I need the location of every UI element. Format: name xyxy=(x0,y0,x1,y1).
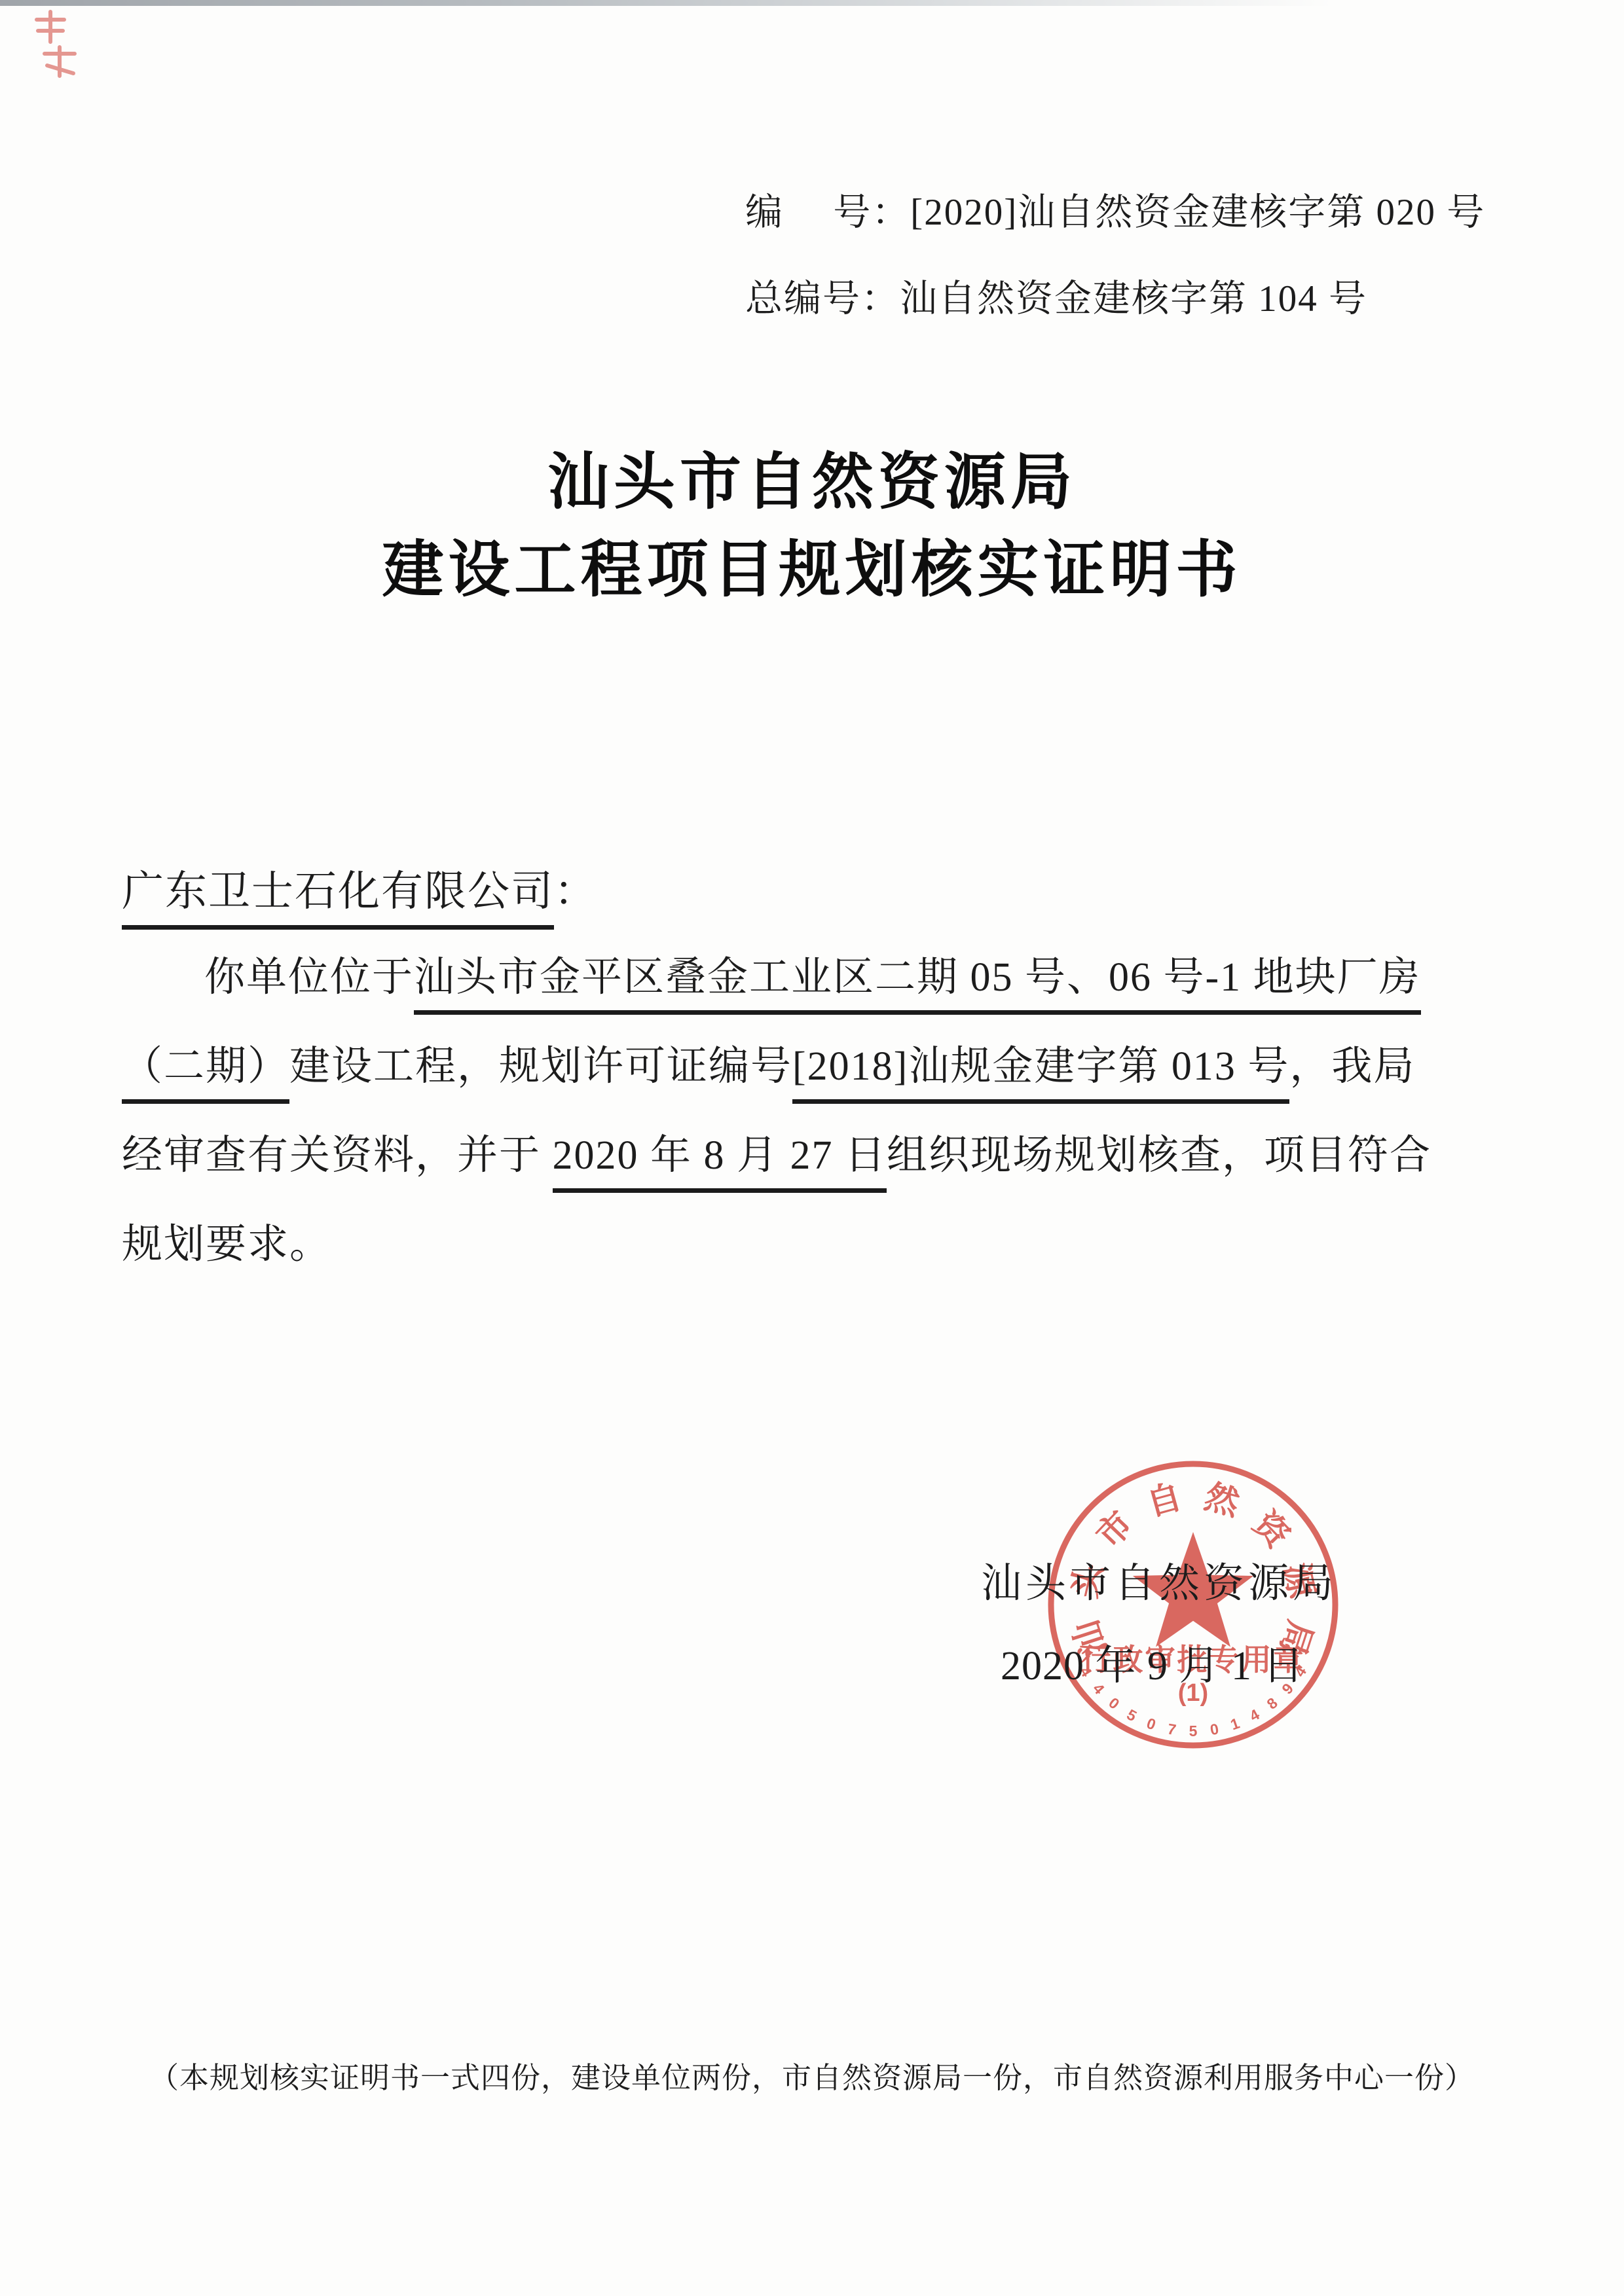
body-text: ，我局 xyxy=(1289,1044,1415,1089)
inspection-date-underlined: 2020 年 8 月 27 日 xyxy=(553,1133,887,1193)
body-line-4: 规划要求。 xyxy=(122,1224,331,1265)
salutation-line: 广东卫士石化有限公司： xyxy=(122,871,597,913)
permit-number-underlined: [2018]汕规金建字第 013 号 xyxy=(792,1044,1289,1104)
seal-ring-text-char: 资 xyxy=(1246,1504,1297,1556)
seal-code-digit: 5 xyxy=(1124,1705,1140,1724)
company-name: 广东卫士石化有限公司 xyxy=(122,868,554,930)
body-text: 组织现场规划核查，项目符合 xyxy=(887,1133,1431,1178)
body-text: 建设工程，规划许可证编号 xyxy=(289,1044,792,1089)
seal-code-digit: 0 xyxy=(1105,1694,1122,1713)
body-line-1: 你单位位于汕头市金平区叠金工业区二期 05 号、06 号-1 地块厂房 xyxy=(122,957,1421,998)
seal-code-digit: 0 xyxy=(1209,1720,1220,1738)
seal-code-digit: 1 xyxy=(1228,1715,1242,1734)
corner-seal-fragment-icon xyxy=(30,7,102,88)
seal-code-digit: 7 xyxy=(1166,1720,1177,1738)
seal-code-digit: 4 xyxy=(1247,1705,1263,1724)
seal-ring-text-char: 市 xyxy=(1090,1504,1141,1556)
body-text: 经审查有关资料，并于 xyxy=(122,1133,553,1178)
phase-underlined: （二期） xyxy=(122,1044,289,1104)
seal-code-digit: 0 xyxy=(1145,1715,1158,1734)
master-doc-number: 总编号：汕自然资金建核字第 104 号 xyxy=(745,278,1367,321)
doc-number: 编 号：[2020]汕自然资金建核字第 020 号 xyxy=(745,191,1485,234)
page-title-org: 汕头市自然资源局 xyxy=(0,432,1624,520)
site-location-underlined: 汕头市金平区叠金工业区二期 05 号、06 号-1 地块厂房 xyxy=(414,955,1421,1015)
scan-edge-artifact xyxy=(0,0,1624,6)
body-text: 你单位位于 xyxy=(204,955,414,1000)
body-line-3: 经审查有关资料，并于 2020 年 8 月 27 日组织现场规划核查，项目符合 xyxy=(122,1135,1431,1176)
page-title-doc-type: 建设工程项目规划核实证明书 xyxy=(0,520,1624,608)
signature-org: 汕头市自然资源局 xyxy=(981,1550,1337,1609)
seal-ring-text-char: 自 xyxy=(1143,1478,1186,1523)
seal-ring-text-char: 然 xyxy=(1200,1478,1244,1523)
document-page: 编 号：[2020]汕自然资金建核字第 020 号 总编号：汕自然资金建核字第 … xyxy=(0,0,1624,2296)
body-line-2: （二期）建设工程，规划许可证编号[2018]汕规金建字第 013 号，我局 xyxy=(122,1046,1415,1087)
seal-code-digit: 8 xyxy=(1263,1694,1280,1712)
signature-date: 2020 年 9 月 1 日 xyxy=(1001,1633,1304,1691)
seal-code-digit: 5 xyxy=(1189,1722,1198,1740)
salutation-colon: ： xyxy=(554,868,597,915)
footer-note: （本规划核实证明书一式四份，建设单位两份，市自然资源局一份，市自然资源利用服务中… xyxy=(0,2054,1624,2096)
